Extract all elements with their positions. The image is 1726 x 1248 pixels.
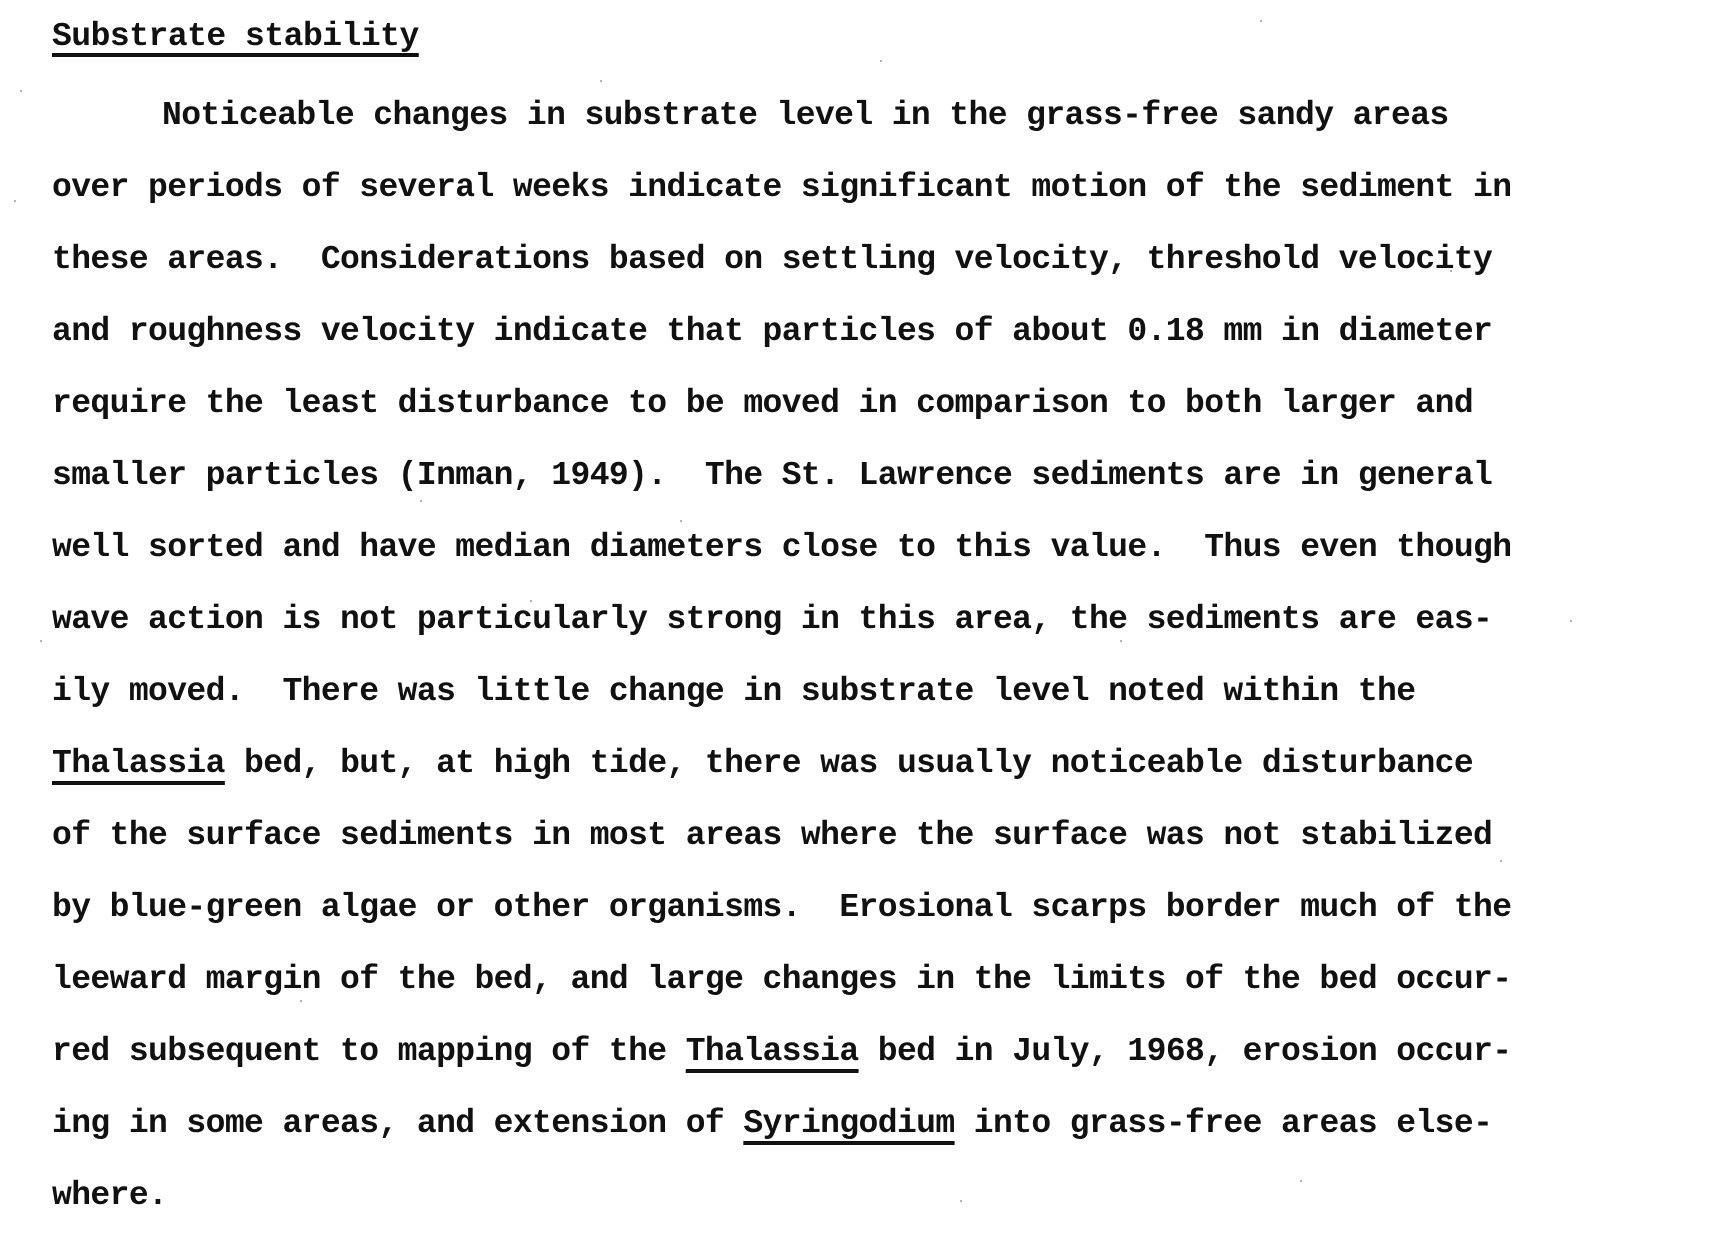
scan-speck	[530, 600, 532, 602]
text-segment: over periods of several weeks indicate s…	[52, 169, 1511, 206]
scan-speck	[160, 1130, 162, 1132]
text-segment: by blue-green algae or other organisms. …	[52, 889, 1511, 926]
scan-speck	[1500, 860, 1502, 862]
text-segment: Noticeable changes in substrate level in…	[162, 97, 1449, 134]
text-segment: smaller particles (Inman, 1949). The St.…	[52, 457, 1492, 494]
text-segment: into grass-free areas else-	[955, 1105, 1493, 1142]
scan-speck	[1300, 1180, 1302, 1182]
section-heading: Substrate stability	[52, 18, 419, 55]
text-segment: leeward margin of the bed, and large cha…	[52, 961, 1511, 998]
text-segment: of the surface sediments in most areas w…	[52, 817, 1492, 854]
text-segment: where.	[52, 1177, 167, 1214]
text-line: well sorted and have median diameters cl…	[52, 528, 1511, 568]
text-line: leeward margin of the bed, and large cha…	[52, 960, 1511, 1000]
scan-speck	[1450, 270, 1452, 272]
text-line: over periods of several weeks indicate s…	[52, 168, 1511, 208]
text-line: and roughness velocity indicate that par…	[52, 312, 1492, 352]
scan-speck	[420, 500, 422, 502]
scan-speck	[14, 200, 16, 202]
scan-speck	[880, 60, 882, 62]
underlined-term: Syringodium	[743, 1105, 954, 1142]
document-page: Substrate stability Noticeable changes i…	[0, 0, 1726, 1248]
text-segment: bed in July, 1968, erosion occur-	[859, 1033, 1512, 1070]
scan-speck	[40, 640, 42, 642]
text-segment: ing in some areas, and extension of	[52, 1105, 743, 1142]
text-line: of the surface sediments in most areas w…	[52, 816, 1492, 856]
text-line: wave action is not particularly strong i…	[52, 600, 1492, 640]
scan-speck	[1260, 20, 1262, 22]
text-segment: red subsequent to mapping of the	[52, 1033, 686, 1070]
scan-speck	[20, 90, 22, 92]
text-segment: wave action is not particularly strong i…	[52, 601, 1492, 638]
text-line: by blue-green algae or other organisms. …	[52, 888, 1511, 928]
scan-speck	[1570, 620, 1572, 622]
text-line: Thalassia bed, but, at high tide, there …	[52, 744, 1473, 784]
text-line: red subsequent to mapping of the Thalass…	[52, 1032, 1511, 1072]
text-line: where.	[52, 1176, 167, 1216]
underlined-term: Thalassia	[686, 1033, 859, 1070]
scan-speck	[300, 1000, 302, 1002]
text-segment: and roughness velocity indicate that par…	[52, 313, 1492, 350]
text-line: smaller particles (Inman, 1949). The St.…	[52, 456, 1492, 496]
scan-speck	[1120, 640, 1122, 642]
text-segment: these areas. Considerations based on set…	[52, 241, 1492, 278]
text-segment: bed, but, at high tide, there was usuall…	[225, 745, 1473, 782]
text-segment: require the least disturbance to be move…	[52, 385, 1473, 422]
scan-speck	[600, 80, 602, 82]
text-segment: well sorted and have median diameters cl…	[52, 529, 1511, 566]
text-segment: ily moved. There was little change in su…	[52, 673, 1415, 710]
scan-speck	[960, 1200, 962, 1202]
text-line: ily moved. There was little change in su…	[52, 672, 1415, 712]
text-line: ing in some areas, and extension of Syri…	[52, 1104, 1492, 1144]
scan-speck	[680, 520, 682, 522]
text-line: require the least disturbance to be move…	[52, 384, 1473, 424]
text-line: Noticeable changes in substrate level in…	[162, 96, 1449, 136]
scan-speck	[1240, 260, 1242, 262]
underlined-term: Thalassia	[52, 745, 225, 782]
text-line: these areas. Considerations based on set…	[52, 240, 1492, 280]
